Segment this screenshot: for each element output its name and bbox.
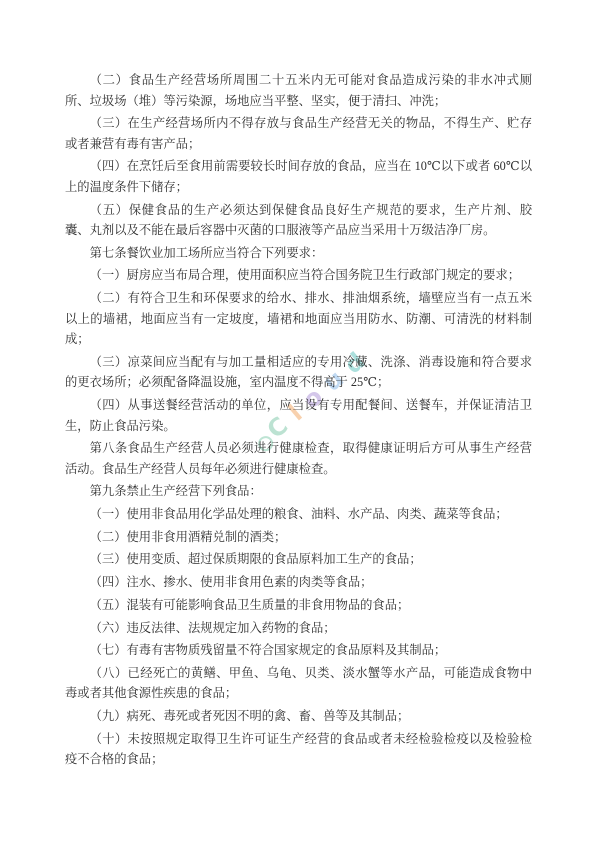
regulation-paragraph: （三）在生产经营场所内不得存放与食品生产经营无关的物品，不得生产、贮存或者兼营有… bbox=[65, 113, 532, 154]
regulation-paragraph: （五）混装有可能影响食品卫生质量的非食用物品的食品； bbox=[65, 595, 532, 616]
regulation-paragraph: （四）在烹饪后至食用前需要较长时间存放的食品，应当在 10℃以下或者 60℃以上… bbox=[65, 156, 532, 197]
regulation-paragraph: （四）注水、掺水、使用非食用色素的肉类等食品； bbox=[65, 572, 532, 593]
regulation-paragraph: （九）病死、毒死或者死因不明的禽、畜、兽等及其制品； bbox=[65, 706, 532, 727]
regulation-paragraph: （二）食品生产经营场所周围二十五米内无可能对食品造成污染的非水冲式厕所、垃圾场（… bbox=[65, 70, 532, 111]
regulation-text-block: （二）食品生产经营场所周围二十五米内无可能对食品造成污染的非水冲式厕所、垃圾场（… bbox=[65, 70, 532, 772]
regulation-paragraph: 第八条食品生产经营人员必须进行健康检查，取得健康证明后方可从事生产经营活动。食品… bbox=[65, 438, 532, 479]
regulation-paragraph: 第七条餐饮业加工场所应当符合下列要求： bbox=[65, 243, 532, 264]
regulation-paragraph: （四）从事送餐经营活动的单位，应当设有专用配餐间、送餐车，并保证清洁卫生，防止食… bbox=[65, 395, 532, 436]
regulation-paragraph: （三）凉菜间应当配有与加工量相适应的专用冷藏、洗涤、消毒设施和符合要求的更衣场所… bbox=[65, 352, 532, 393]
regulation-paragraph: 第九条禁止生产经营下列食品： bbox=[65, 481, 532, 502]
regulation-paragraph: （二）使用非食用酒精兑制的酒类； bbox=[65, 527, 532, 548]
regulation-paragraph: （七）有毒有害物质残留量不符合国家规定的食品原料及其制品； bbox=[65, 640, 532, 661]
document-page: C l o u d （二）食品生产经营场所周围二十五米内无可能对食品造成污染的非… bbox=[0, 0, 595, 841]
regulation-paragraph: （三）使用变质、超过保质期限的食品原料加工生产的食品； bbox=[65, 549, 532, 570]
regulation-paragraph: （一）厨房应当布局合理，使用面积应当符合国务院卫生行政部门规定的要求； bbox=[65, 265, 532, 286]
regulation-paragraph: （二）有符合卫生和环保要求的给水、排水、排油烟系统，墙壁应当有一点五米以上的墙裙… bbox=[65, 288, 532, 350]
regulation-paragraph: （一）使用非食品用化学品处理的粮食、油料、水产品、肉类、蔬菜等食品； bbox=[65, 504, 532, 525]
regulation-paragraph: （六）违反法律、法规规定加入药物的食品； bbox=[65, 618, 532, 639]
regulation-paragraph: （八）已经死亡的黄鳝、甲鱼、乌龟、贝类、淡水蟹等水产品，可能造成食物中毒或者其他… bbox=[65, 663, 532, 704]
regulation-paragraph: （五）保健食品的生产必须达到保健食品良好生产规范的要求，生产片剂、胶囊、丸剂以及… bbox=[65, 200, 532, 241]
regulation-paragraph: （十）未按照规定取得卫生许可证生产经营的食品或者未经检验检疫以及检验检疫不合格的… bbox=[65, 729, 532, 770]
